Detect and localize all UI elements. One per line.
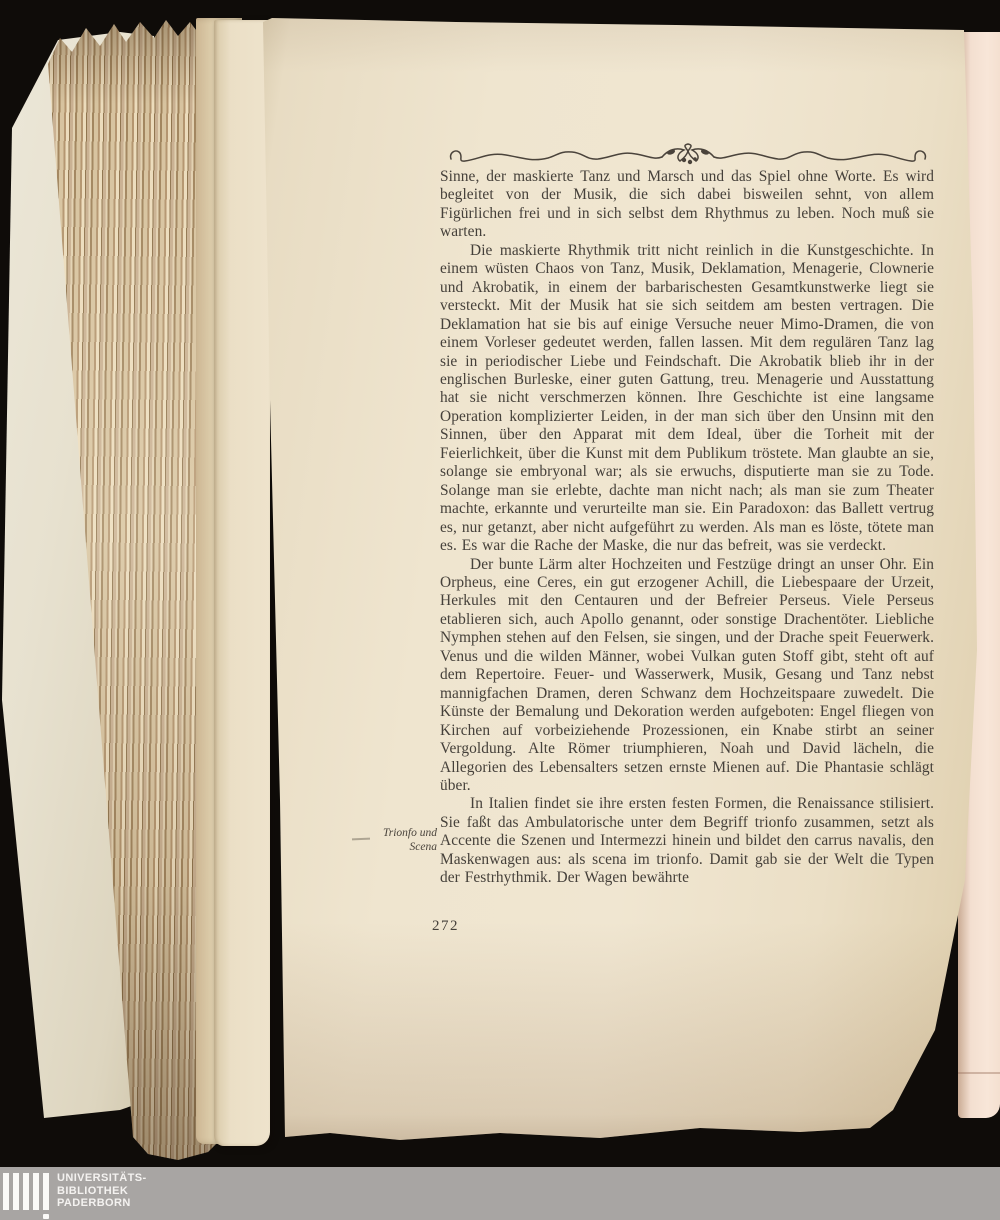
main-page: Sinne, der maskierte Tanz und Marsch und…: [256, 16, 980, 1148]
page-edge-crease: [958, 1072, 1000, 1074]
library-name-line: BIBLIOTHEK: [57, 1185, 147, 1198]
logo-bar: [43, 1173, 49, 1210]
paragraph: In Italien findet sie ihre ersten festen…: [440, 795, 934, 887]
floral-flourish-icon: [447, 143, 929, 167]
logo-dot: [43, 1214, 49, 1219]
pencil-mark: [352, 838, 370, 841]
library-logo-icon: [3, 1173, 53, 1219]
paragraph: Die maskierte Rhythmik tritt nicht reinl…: [440, 242, 934, 556]
logo-bar: [3, 1173, 9, 1210]
body-text: Sinne, der maskierte Tanz und Marsch und…: [440, 168, 934, 888]
library-name: UNIVERSITÄTS- BIBLIOTHEK PADERBORN: [57, 1172, 147, 1210]
logo-bar: [13, 1173, 19, 1210]
paragraph: Der bunte Lärm alter Hochzeiten und Fest…: [440, 556, 934, 796]
margin-note: Trionfo und Scena: [380, 826, 437, 854]
logo-bar: [23, 1173, 29, 1210]
page-number: 272: [432, 918, 459, 935]
under-page-edge: [214, 20, 270, 1146]
margin-note-line: Scena: [380, 840, 437, 854]
paragraph: Sinne, der maskierte Tanz und Marsch und…: [440, 168, 934, 242]
logo-bar: [33, 1173, 39, 1210]
margin-note-line: Trionfo und: [380, 826, 437, 840]
library-name-line: UNIVERSITÄTS-: [57, 1172, 147, 1185]
library-name-line: PADERBORN: [57, 1197, 147, 1210]
library-watermark-bar: UNIVERSITÄTS- BIBLIOTHEK PADERBORN: [0, 1167, 1000, 1220]
book-scan: { "scan": { "book_page": { "paragraphs":…: [0, 0, 1000, 1220]
